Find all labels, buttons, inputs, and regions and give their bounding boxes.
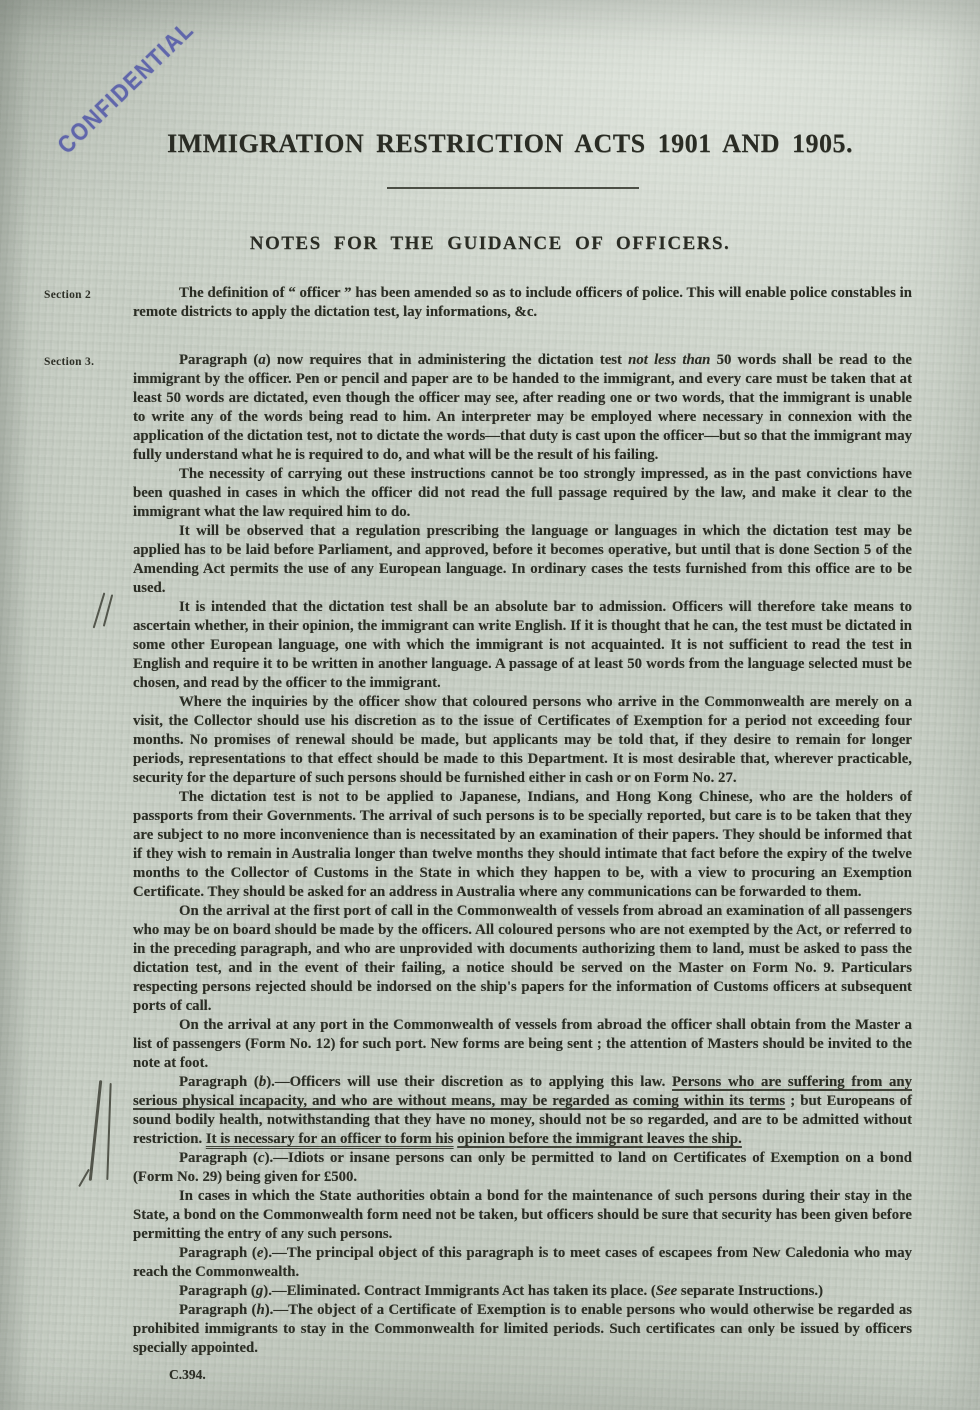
title-divider-rule bbox=[387, 187, 639, 189]
document-subtitle: NOTES FOR THE GUIDANCE OF OFFICERS. bbox=[130, 233, 850, 255]
text-segment: It will be observed that a regulation pr… bbox=[133, 523, 912, 596]
italic-segment: c bbox=[258, 1150, 265, 1166]
paragraph-state-bond: In cases in which the State authorities … bbox=[133, 1187, 912, 1244]
text-segment: Where the inquiries by the officer show … bbox=[133, 694, 912, 786]
italic-segment: See bbox=[656, 1283, 677, 1299]
pen-stroke bbox=[89, 1080, 102, 1181]
paragraph-passenger-list: On the arrival at any port in the Common… bbox=[133, 1016, 912, 1073]
text-segment: In cases in which the State authorities … bbox=[133, 1188, 912, 1242]
margin-note-section-3: Section 3. bbox=[44, 356, 94, 368]
paragraph-g-eliminated: Paragraph (g).—Eliminated. Contract Immi… bbox=[133, 1282, 912, 1301]
text-segment: The necessity of carrying out these inst… bbox=[133, 466, 912, 520]
paragraph-h-certificate-object: Paragraph (h).—The object of a Certifica… bbox=[133, 1301, 912, 1358]
text-segment: Paragraph ( bbox=[179, 1245, 257, 1261]
italic-segment: h bbox=[256, 1302, 264, 1318]
text-segment: ).—Officers will use their discretion as… bbox=[266, 1074, 672, 1090]
pen-stroke bbox=[103, 594, 114, 626]
text-segment: Paragraph ( bbox=[179, 1283, 256, 1299]
text-segment: On the arrival at any port in the Common… bbox=[133, 1017, 912, 1071]
scanned-document-page: CONFIDENTIAL IMMIGRATION RESTRICTION ACT… bbox=[0, 0, 980, 1410]
pen-double-underlined-segment: It is necessary for an officer to form h… bbox=[206, 1131, 454, 1147]
paragraph-first-port-examination: On the arrival at the first port of call… bbox=[133, 902, 912, 1016]
paragraph-section-3-a: Paragraph (a) now requires that in admin… bbox=[133, 351, 912, 465]
italic-segment: not less than bbox=[628, 352, 710, 368]
paragraph-certificates-of-exemption: Where the inquiries by the officer show … bbox=[133, 693, 912, 788]
text-segment: Paragraph ( bbox=[179, 1302, 256, 1318]
text-segment: ) now requires that in administering the… bbox=[266, 352, 628, 368]
text-segment: On the arrival at the first port of call… bbox=[133, 903, 912, 1014]
paragraph-section-2: The definition of “ officer ” has been a… bbox=[133, 284, 912, 322]
text-segment: Paragraph ( bbox=[179, 1074, 259, 1090]
text-segment: It is intended that the dictation test s… bbox=[133, 599, 912, 691]
document-body: The definition of “ officer ” has been a… bbox=[133, 284, 912, 1384]
italic-segment: a bbox=[258, 352, 265, 368]
paragraph-regulation-languages: It will be observed that a regulation pr… bbox=[133, 522, 912, 598]
text-segment: The definition of “ officer ” has been a… bbox=[133, 285, 912, 320]
paragraph-c-bond: Paragraph (c).—Idiots or insane persons … bbox=[133, 1149, 912, 1187]
paragraph-b-underlined: Paragraph (b).—Officers will use their d… bbox=[133, 1073, 912, 1149]
pen-stroke bbox=[106, 1083, 112, 1180]
margin-note-section-2: Section 2 bbox=[44, 289, 91, 301]
text-segment: Paragraph ( bbox=[179, 1150, 258, 1166]
pen-mark-double-slash bbox=[94, 591, 118, 633]
text-segment: separate Instructions.) bbox=[677, 1283, 823, 1299]
paragraph-absolute-bar: It is intended that the dictation test s… bbox=[133, 598, 912, 693]
text-segment: The dictation test is not to be applied … bbox=[133, 789, 912, 900]
pen-underlined-segment: opinion before the immigrant leaves the … bbox=[457, 1131, 742, 1147]
paragraph-passport-holders: The dictation test is not to be applied … bbox=[133, 788, 912, 902]
paragraph-necessity-of-instructions: The necessity of carrying out these inst… bbox=[133, 465, 912, 522]
text-segment: ).—Eliminated. Contract Immigrants Act h… bbox=[263, 1283, 656, 1299]
form-number: C.394. bbox=[169, 1365, 912, 1384]
document-title: IMMIGRATION RESTRICTION ACTS 1901 AND 19… bbox=[155, 129, 865, 159]
pen-mark-margin-strokes bbox=[82, 1080, 122, 1192]
paragraph-e-new-caledonia: Paragraph (e).—The principal object of t… bbox=[133, 1244, 912, 1282]
text-segment: 50 words shall be read to the immigrant … bbox=[133, 352, 912, 463]
text-segment: Paragraph ( bbox=[179, 352, 258, 368]
